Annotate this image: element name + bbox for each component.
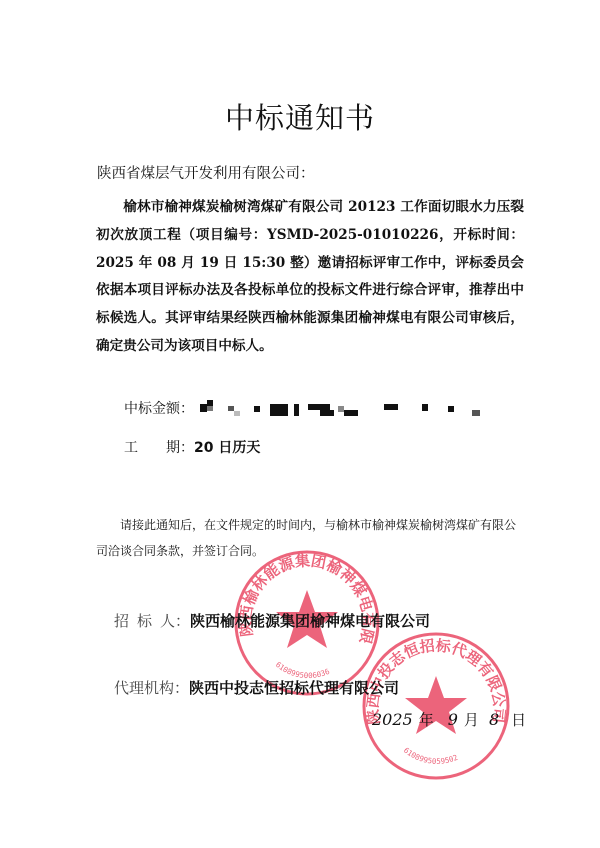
document-title: 中标通知书 bbox=[0, 96, 600, 137]
date-day-unit: 日 bbox=[511, 709, 526, 730]
agency-label: 代理机构： bbox=[114, 677, 189, 698]
date-day: 8 bbox=[489, 710, 499, 729]
date-year-unit: 年 bbox=[419, 709, 434, 730]
date-month: 9 bbox=[448, 710, 458, 729]
svg-text:6108995059502: 6108995059502 bbox=[402, 746, 459, 766]
bid-amount-row: 中标金额： bbox=[124, 398, 482, 418]
signing-date: 2025 年 9 月 8 日 bbox=[372, 709, 526, 730]
addressee: 陕西省煤层气开发利用有限公司： bbox=[97, 162, 315, 183]
bid-amount-redacted bbox=[194, 400, 482, 416]
agency-signature-row: 代理机构： 陕西中投志恒招标代理有限公司 bbox=[114, 677, 399, 698]
work-period-row: 工 期： 20 日历天 bbox=[124, 437, 260, 457]
body-paragraph: 榆林市榆神煤炭榆树湾煤矿有限公司 20123 工作面切眼水力压裂初次放顶工程（项… bbox=[96, 194, 524, 361]
date-year: 2025 bbox=[372, 710, 413, 729]
work-period-label: 工 期： bbox=[124, 437, 194, 457]
tenderer-signature-row: 招 标 人： 陕西榆林能源集团榆神煤电有限公司 bbox=[114, 610, 430, 631]
tenderer-name: 陕西榆林能源集团榆神煤电有限公司 bbox=[190, 610, 430, 631]
work-period-value: 20 日历天 bbox=[194, 437, 260, 457]
document-page: 中标通知书 陕西省煤层气开发利用有限公司： 榆林市榆神煤炭榆树湾煤矿有限公司 2… bbox=[0, 0, 600, 848]
bid-amount-label: 中标金额： bbox=[124, 398, 194, 418]
agency-name: 陕西中投志恒招标代理有限公司 bbox=[189, 677, 399, 698]
tenderer-label: 招 标 人： bbox=[114, 610, 190, 631]
agency-seal-stamp: 陕西中投志恒招标代理有限公司 6108995059502 bbox=[360, 630, 512, 782]
date-month-unit: 月 bbox=[464, 709, 479, 730]
